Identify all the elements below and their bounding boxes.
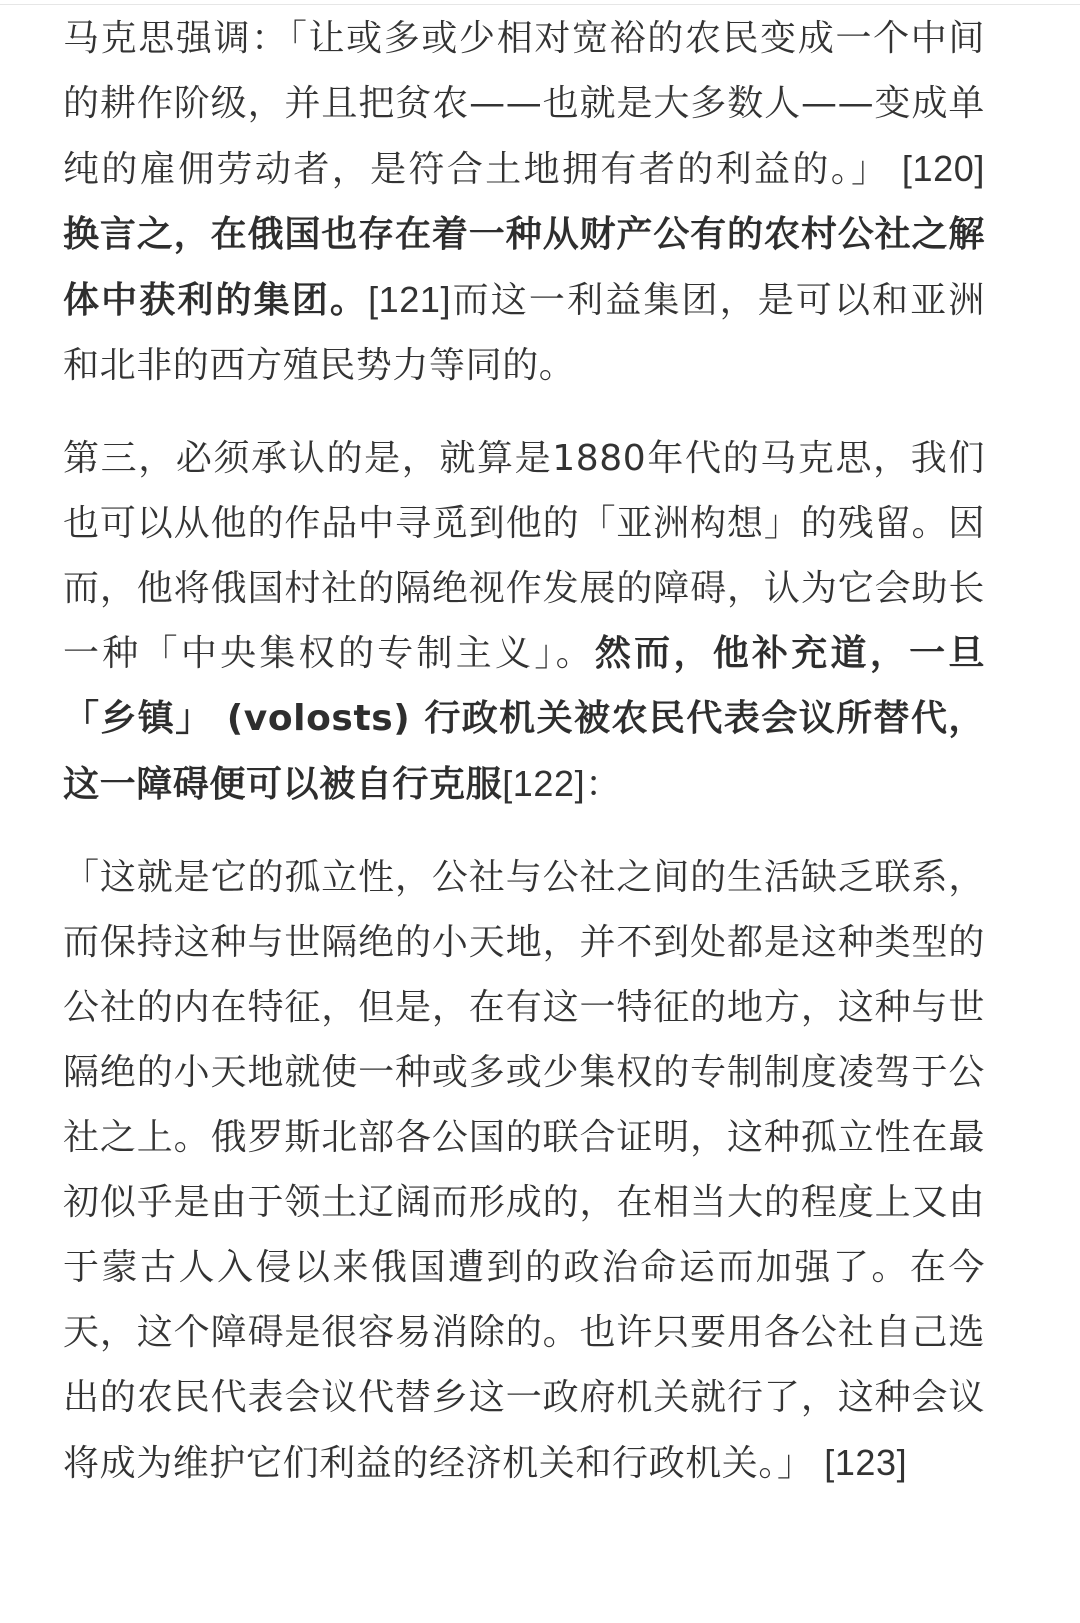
footnote-ref-122[interactable]: [122]： — [502, 763, 622, 804]
quote-text: 「这就是它的孤立性，公社与公社之间的生活缺乏联系，而保持这种与世隔绝的小天地，并… — [63, 857, 985, 1484]
top-divider — [0, 0, 1080, 5]
article-body: 马克思强调：「让或多或少相对宽裕的农民变成一个中间的耕作阶级，并且把贫农——也就… — [63, 6, 985, 1496]
paragraph-1: 马克思强调：「让或多或少相对宽裕的农民变成一个中间的耕作阶级，并且把贫农——也就… — [63, 6, 985, 398]
text-segment: 马克思强调：「让或多或少相对宽裕的农民变成一个中间的耕作阶级，并且把贫农——也就… — [63, 18, 985, 190]
footnote-ref-123[interactable]: [123] — [814, 1442, 908, 1483]
paragraph-3-quote: 「这就是它的孤立性，公社与公社之间的生活缺乏联系，而保持这种与世隔绝的小天地，并… — [63, 845, 985, 1496]
footnote-ref-121[interactable]: [121] — [368, 279, 451, 320]
footnote-ref-120[interactable]: [120] — [890, 148, 985, 189]
paragraph-2: 第三，必须承认的是，就算是1880年代的马克思，我们也可以从他的作品中寻觅到他的… — [63, 426, 985, 817]
